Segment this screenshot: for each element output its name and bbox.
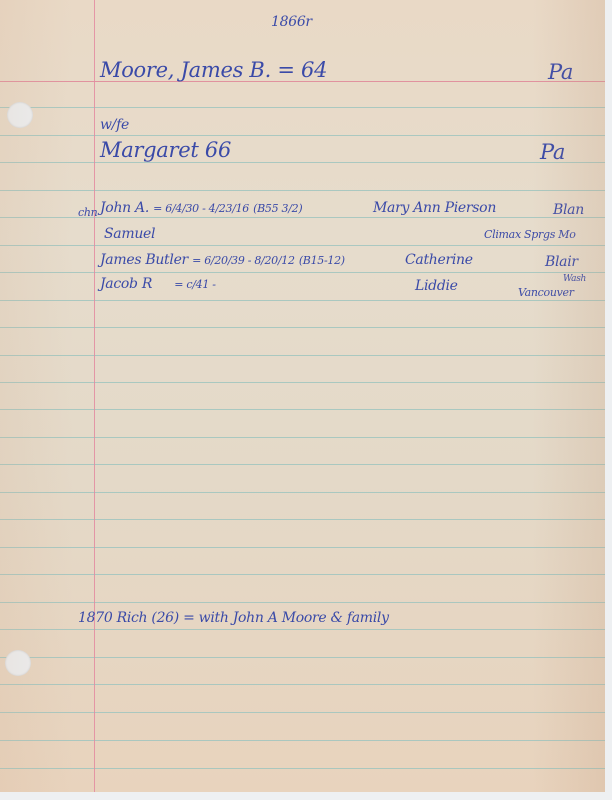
blue-rule bbox=[0, 382, 605, 383]
child-place-note: Wash bbox=[563, 274, 586, 284]
blue-rule bbox=[0, 355, 605, 356]
notebook-page: 1866r Moore, James B. = 64 Pa w/fe Marga… bbox=[0, 0, 605, 792]
blue-rule bbox=[0, 272, 605, 273]
head-of-household-name: Moore, James B. = 64 bbox=[100, 58, 327, 82]
children-prefix: chn bbox=[78, 206, 97, 219]
blue-rule bbox=[0, 768, 605, 769]
child-place: Blan bbox=[553, 202, 584, 218]
child-spouse: Mary Ann Pierson bbox=[373, 200, 496, 216]
blue-rule bbox=[0, 740, 605, 741]
blue-rule bbox=[0, 245, 605, 246]
blue-rule bbox=[0, 464, 605, 465]
blue-rule bbox=[0, 162, 605, 163]
blue-rule bbox=[0, 135, 605, 136]
child-ref: (B55 3/2) bbox=[253, 202, 302, 215]
child-place: Climax Sprgs Mo bbox=[484, 228, 576, 241]
child-spouse: Liddie bbox=[415, 278, 458, 294]
head-state: Pa bbox=[548, 60, 573, 84]
year-note: 1866r bbox=[271, 14, 312, 30]
child-row: James Butler = 6/20/39 - 8/20/12 (B15-12… bbox=[100, 252, 345, 268]
child-row: John A. = 6/4/30 - 4/23/16 (B55 3/2) bbox=[100, 200, 302, 216]
child-dates: = c/41 - bbox=[174, 278, 215, 291]
child-place: Blair bbox=[545, 254, 578, 270]
punch-hole-bottom bbox=[5, 650, 31, 676]
child-name: Jacob R bbox=[100, 276, 152, 292]
blue-rule bbox=[0, 602, 605, 603]
blue-rule bbox=[0, 629, 605, 630]
blue-rule bbox=[0, 519, 605, 520]
blue-rule bbox=[0, 300, 605, 301]
spouse-name: Margaret 66 bbox=[100, 138, 231, 162]
blue-rule bbox=[0, 657, 605, 658]
blue-rule bbox=[0, 684, 605, 685]
blue-rule bbox=[0, 437, 605, 438]
blue-rule bbox=[0, 712, 605, 713]
spouse-label: w/fe bbox=[100, 117, 129, 133]
child-name: John A. bbox=[100, 200, 149, 216]
blue-rule bbox=[0, 409, 605, 410]
census-note: 1870 Rich (26) = with John A Moore & fam… bbox=[78, 610, 389, 626]
child-place: Vancouver bbox=[518, 286, 574, 299]
child-name: James Butler bbox=[100, 252, 188, 268]
child-spouse: Catherine bbox=[405, 252, 473, 268]
red-margin-line bbox=[94, 0, 95, 792]
spouse-state: Pa bbox=[540, 140, 565, 164]
head-name: Moore, James B. bbox=[100, 58, 271, 82]
child-ref: (B15-12) bbox=[299, 254, 345, 267]
child-dates: = 6/20/39 - 8/20/12 bbox=[192, 254, 295, 267]
child-name: Samuel bbox=[104, 226, 155, 242]
punch-hole-top bbox=[7, 102, 33, 128]
blue-rule bbox=[0, 107, 605, 108]
blue-rule bbox=[0, 492, 605, 493]
child-row: Jacob R = c/41 - bbox=[100, 276, 216, 292]
blue-rule bbox=[0, 190, 605, 191]
blue-rule bbox=[0, 574, 605, 575]
blue-rule bbox=[0, 547, 605, 548]
blue-rule bbox=[0, 327, 605, 328]
head-age: = 64 bbox=[277, 58, 327, 82]
child-dates: = 6/4/30 - 4/23/16 bbox=[153, 202, 249, 215]
